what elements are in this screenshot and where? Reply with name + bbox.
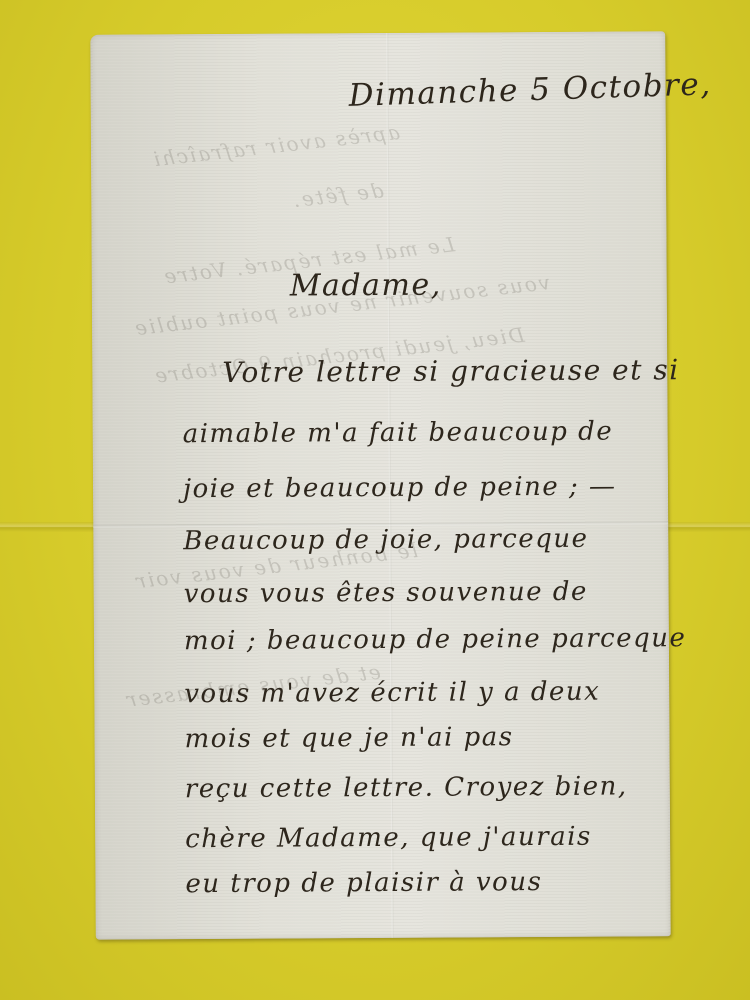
letter-date: Dimanche 5 Octobre, [348, 66, 712, 114]
letter-line: eu trop de plaisir à vous [185, 867, 542, 899]
letter-line: moi ; beaucoup de peine parceque [184, 623, 687, 656]
letter-line: Beaucoup de joie, parceque [183, 524, 588, 556]
letter-line: vous vous êtes souvenue de [184, 577, 588, 609]
show-through-text: de fête. [290, 178, 385, 212]
letter-line: Votre lettre si gracieuse et si [222, 353, 680, 389]
letter-line: joie et beaucoup de peine ; — [183, 472, 617, 505]
letter-line: reçu cette lettre. Croyez bien, [185, 771, 628, 804]
letter-page: après avoir rafraîchi de fête. Le mal es… [90, 31, 671, 939]
show-through-text: après avoir rafraîchi [150, 120, 401, 171]
letter-line: mois et que je n'ai pas [184, 722, 513, 754]
letter-line: aimable m'a fait beaucoup de [183, 417, 614, 450]
letter-line: chère Madame, que j'aurais [185, 822, 592, 854]
letter-line: vous m'avez écrit il y a deux [184, 677, 600, 710]
letter-salutation: Madame, [290, 268, 442, 304]
